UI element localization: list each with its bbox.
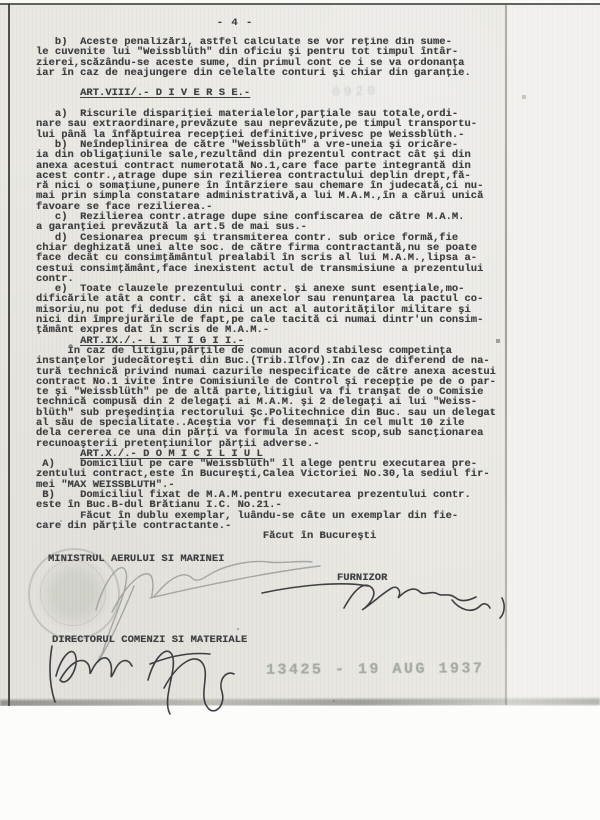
scan-top-edge-line xyxy=(0,3,600,5)
minister-title-label: MINISTRUL AERULUI SI MARINEI xyxy=(48,553,224,565)
contract-body-text: b) Aceste penalizări, astfel calculate s… xyxy=(36,37,505,547)
text-line: cestui consimţământ,face inexistent actu… xyxy=(36,264,505,274)
text-line: face decât cu consimţământul prealabil î… xyxy=(36,253,505,263)
text-line: iar în caz de neajungere din celelalte c… xyxy=(36,68,505,78)
article-heading-line: ART.VIII/.- D I V E R S E.- xyxy=(36,88,505,98)
director-signature xyxy=(50,646,234,714)
registry-date-stamp: 13425 - 19 AUG 1937 xyxy=(266,660,485,679)
text-line: instanţelor judecătoreşti din Buc.(Trib.… xyxy=(36,356,505,366)
director-title-label: DIRECTORUL COMENZI SI MATERIALE xyxy=(52,634,247,646)
minister-signature xyxy=(96,561,320,662)
page-number: - 4 - xyxy=(200,17,270,29)
supplier-title-label: FURNIZOR xyxy=(337,572,387,584)
supplier-signature xyxy=(262,584,504,618)
scan-specks xyxy=(0,0,2,2)
